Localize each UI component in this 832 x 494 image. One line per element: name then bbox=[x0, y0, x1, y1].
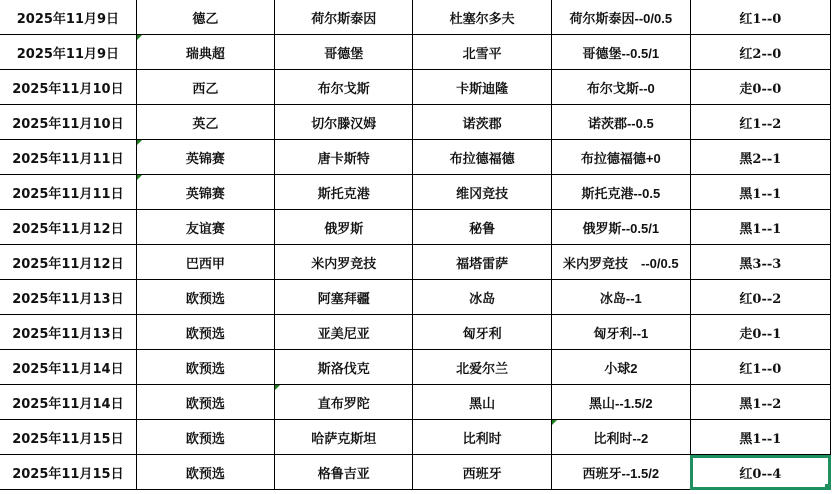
table-row: 2025年11月10日英乙切尔滕汉姆诺茨郡诺茨郡--0.5红1--2 bbox=[0, 105, 831, 140]
date-cell[interactable]: 2025年11月12日 bbox=[0, 245, 136, 280]
table-row: 2025年11月13日欧预选阿塞拜疆冰岛冰岛--1红0--2 bbox=[0, 280, 831, 315]
home-team-cell[interactable]: 阿塞拜疆 bbox=[275, 280, 413, 315]
date-cell[interactable]: 2025年11月12日 bbox=[0, 210, 136, 245]
date-cell[interactable]: 2025年11月10日 bbox=[0, 70, 136, 105]
table-row: 2025年11月13日欧预选亚美尼亚匈牙利匈牙利--1走0--1 bbox=[0, 315, 831, 350]
league-cell[interactable]: 英锦赛 bbox=[136, 140, 274, 175]
league-cell[interactable]: 瑞典超 bbox=[136, 35, 274, 70]
away-team-cell[interactable]: 黑山 bbox=[413, 385, 551, 420]
date-cell[interactable]: 2025年11月14日 bbox=[0, 350, 136, 385]
league-cell[interactable]: 欧预选 bbox=[136, 350, 274, 385]
table-row: 2025年11月14日欧预选斯洛伐克北爱尔兰小球2红1--0 bbox=[0, 350, 831, 385]
handicap-cell[interactable]: 西班牙--1.5/2 bbox=[551, 455, 690, 490]
result-cell[interactable]: 黑1--1 bbox=[690, 420, 830, 455]
handicap-cell[interactable]: 冰岛--1 bbox=[551, 280, 690, 315]
date-cell[interactable]: 2025年11月10日 bbox=[0, 105, 136, 140]
away-team-cell[interactable]: 匈牙利 bbox=[413, 315, 551, 350]
result-cell[interactable]: 红2--0 bbox=[690, 35, 830, 70]
away-team-cell[interactable]: 杜塞尔多夫 bbox=[413, 0, 551, 35]
date-cell[interactable]: 2025年11月15日 bbox=[0, 455, 136, 490]
league-cell[interactable]: 欧预选 bbox=[136, 455, 274, 490]
comment-indicator-icon[interactable] bbox=[275, 385, 280, 390]
handicap-cell[interactable]: 斯托克港--0.5 bbox=[551, 175, 690, 210]
home-team-cell[interactable]: 米内罗竞技 bbox=[275, 245, 413, 280]
handicap-cell[interactable]: 荷尔斯泰因--0/0.5 bbox=[551, 0, 690, 35]
home-team-cell[interactable]: 哈萨克斯坦 bbox=[275, 420, 413, 455]
away-team-cell[interactable]: 冰岛 bbox=[413, 280, 551, 315]
league-cell[interactable]: 英乙 bbox=[136, 105, 274, 140]
home-team-cell[interactable]: 切尔滕汉姆 bbox=[275, 105, 413, 140]
away-team-cell[interactable]: 诺茨郡 bbox=[413, 105, 551, 140]
table-row: 2025年11月14日欧预选直布罗陀黑山黑山--1.5/2黑1--2 bbox=[0, 385, 831, 420]
result-cell[interactable]: 红1--0 bbox=[690, 350, 830, 385]
home-team-cell[interactable]: 直布罗陀 bbox=[275, 385, 413, 420]
date-cell[interactable]: 2025年11月11日 bbox=[0, 175, 136, 210]
away-team-cell[interactable]: 维冈竞技 bbox=[413, 175, 551, 210]
handicap-cell[interactable]: 布拉德福德+0 bbox=[551, 140, 690, 175]
comment-indicator-icon[interactable] bbox=[552, 420, 557, 425]
table-row: 2025年11月11日英锦赛唐卡斯特布拉德福德布拉德福德+0黑2--1 bbox=[0, 140, 831, 175]
away-team-cell[interactable]: 西班牙 bbox=[413, 455, 551, 490]
result-cell[interactable]: 黑1--1 bbox=[690, 175, 830, 210]
result-cell[interactable]: 黑2--1 bbox=[690, 140, 830, 175]
league-cell[interactable]: 欧预选 bbox=[136, 315, 274, 350]
fill-handle[interactable] bbox=[825, 484, 830, 489]
home-team-cell[interactable]: 哥德堡 bbox=[275, 35, 413, 70]
date-cell[interactable]: 2025年11月13日 bbox=[0, 280, 136, 315]
handicap-cell[interactable]: 诺茨郡--0.5 bbox=[551, 105, 690, 140]
league-cell[interactable]: 英锦赛 bbox=[136, 175, 274, 210]
table-row: 2025年11月9日德乙荷尔斯泰因杜塞尔多夫荷尔斯泰因--0/0.5红1--0 bbox=[0, 0, 831, 35]
league-cell[interactable]: 欧预选 bbox=[136, 385, 274, 420]
league-cell[interactable]: 欧预选 bbox=[136, 420, 274, 455]
comment-indicator-icon[interactable] bbox=[137, 140, 142, 145]
date-cell[interactable]: 2025年11月14日 bbox=[0, 385, 136, 420]
date-cell[interactable]: 2025年11月9日 bbox=[0, 35, 136, 70]
spreadsheet-grid: 2025年11月9日德乙荷尔斯泰因杜塞尔多夫荷尔斯泰因--0/0.5红1--02… bbox=[0, 0, 831, 490]
handicap-cell[interactable]: 布尔戈斯--0 bbox=[551, 70, 690, 105]
result-cell[interactable]: 走0--0 bbox=[690, 70, 830, 105]
away-team-cell[interactable]: 比利时 bbox=[413, 420, 551, 455]
result-cell[interactable]: 红1--2 bbox=[690, 105, 830, 140]
home-team-cell[interactable]: 布尔戈斯 bbox=[275, 70, 413, 105]
away-team-cell[interactable]: 卡斯迪隆 bbox=[413, 70, 551, 105]
league-cell[interactable]: 巴西甲 bbox=[136, 245, 274, 280]
home-team-cell[interactable]: 格鲁吉亚 bbox=[275, 455, 413, 490]
handicap-cell[interactable]: 黑山--1.5/2 bbox=[551, 385, 690, 420]
result-cell[interactable]: 红1--0 bbox=[690, 0, 830, 35]
table-row: 2025年11月9日瑞典超哥德堡北雪平哥德堡--0.5/1红2--0 bbox=[0, 35, 831, 70]
table-row: 2025年11月15日欧预选哈萨克斯坦比利时比利时--2黑1--1 bbox=[0, 420, 831, 455]
result-cell[interactable]: 黑1--2 bbox=[690, 385, 830, 420]
result-cell[interactable]: 红0--4 bbox=[690, 455, 830, 490]
away-team-cell[interactable]: 北雪平 bbox=[413, 35, 551, 70]
result-cell[interactable]: 黑3--3 bbox=[690, 245, 830, 280]
handicap-cell[interactable]: 比利时--2 bbox=[551, 420, 690, 455]
result-cell[interactable]: 黑1--1 bbox=[690, 210, 830, 245]
league-cell[interactable]: 西乙 bbox=[136, 70, 274, 105]
comment-indicator-icon[interactable] bbox=[137, 35, 142, 40]
table-row: 2025年11月15日欧预选格鲁吉亚西班牙西班牙--1.5/2红0--4 bbox=[0, 455, 831, 490]
comment-indicator-icon[interactable] bbox=[137, 175, 142, 180]
table-row: 2025年11月12日巴西甲米内罗竞技福塔雷萨米内罗竞技 --0/0.5黑3--… bbox=[0, 245, 831, 280]
home-team-cell[interactable]: 斯托克港 bbox=[275, 175, 413, 210]
date-cell[interactable]: 2025年11月15日 bbox=[0, 420, 136, 455]
home-team-cell[interactable]: 荷尔斯泰因 bbox=[275, 0, 413, 35]
result-cell[interactable]: 走0--1 bbox=[690, 315, 830, 350]
league-cell[interactable]: 欧预选 bbox=[136, 280, 274, 315]
date-cell[interactable]: 2025年11月13日 bbox=[0, 315, 136, 350]
home-team-cell[interactable]: 亚美尼亚 bbox=[275, 315, 413, 350]
result-cell[interactable]: 红0--2 bbox=[690, 280, 830, 315]
away-team-cell[interactable]: 布拉德福德 bbox=[413, 140, 551, 175]
away-team-cell[interactable]: 北爱尔兰 bbox=[413, 350, 551, 385]
handicap-cell[interactable]: 小球2 bbox=[551, 350, 690, 385]
handicap-cell[interactable]: 俄罗斯--0.5/1 bbox=[551, 210, 690, 245]
date-cell[interactable]: 2025年11月11日 bbox=[0, 140, 136, 175]
home-team-cell[interactable]: 斯洛伐克 bbox=[275, 350, 413, 385]
handicap-cell[interactable]: 哥德堡--0.5/1 bbox=[551, 35, 690, 70]
handicap-cell[interactable]: 米内罗竞技 --0/0.5 bbox=[551, 245, 690, 280]
away-team-cell[interactable]: 福塔雷萨 bbox=[413, 245, 551, 280]
table-row: 2025年11月12日友谊赛俄罗斯秘鲁俄罗斯--0.5/1黑1--1 bbox=[0, 210, 831, 245]
table-row: 2025年11月10日西乙布尔戈斯卡斯迪隆布尔戈斯--0走0--0 bbox=[0, 70, 831, 105]
home-team-cell[interactable]: 俄罗斯 bbox=[275, 210, 413, 245]
league-cell[interactable]: 友谊赛 bbox=[136, 210, 274, 245]
away-team-cell[interactable]: 秘鲁 bbox=[413, 210, 551, 245]
date-cell[interactable]: 2025年11月9日 bbox=[0, 0, 136, 35]
table-row: 2025年11月11日英锦赛斯托克港维冈竞技斯托克港--0.5黑1--1 bbox=[0, 175, 831, 210]
handicap-cell[interactable]: 匈牙利--1 bbox=[551, 315, 690, 350]
league-cell[interactable]: 德乙 bbox=[136, 0, 274, 35]
home-team-cell[interactable]: 唐卡斯特 bbox=[275, 140, 413, 175]
